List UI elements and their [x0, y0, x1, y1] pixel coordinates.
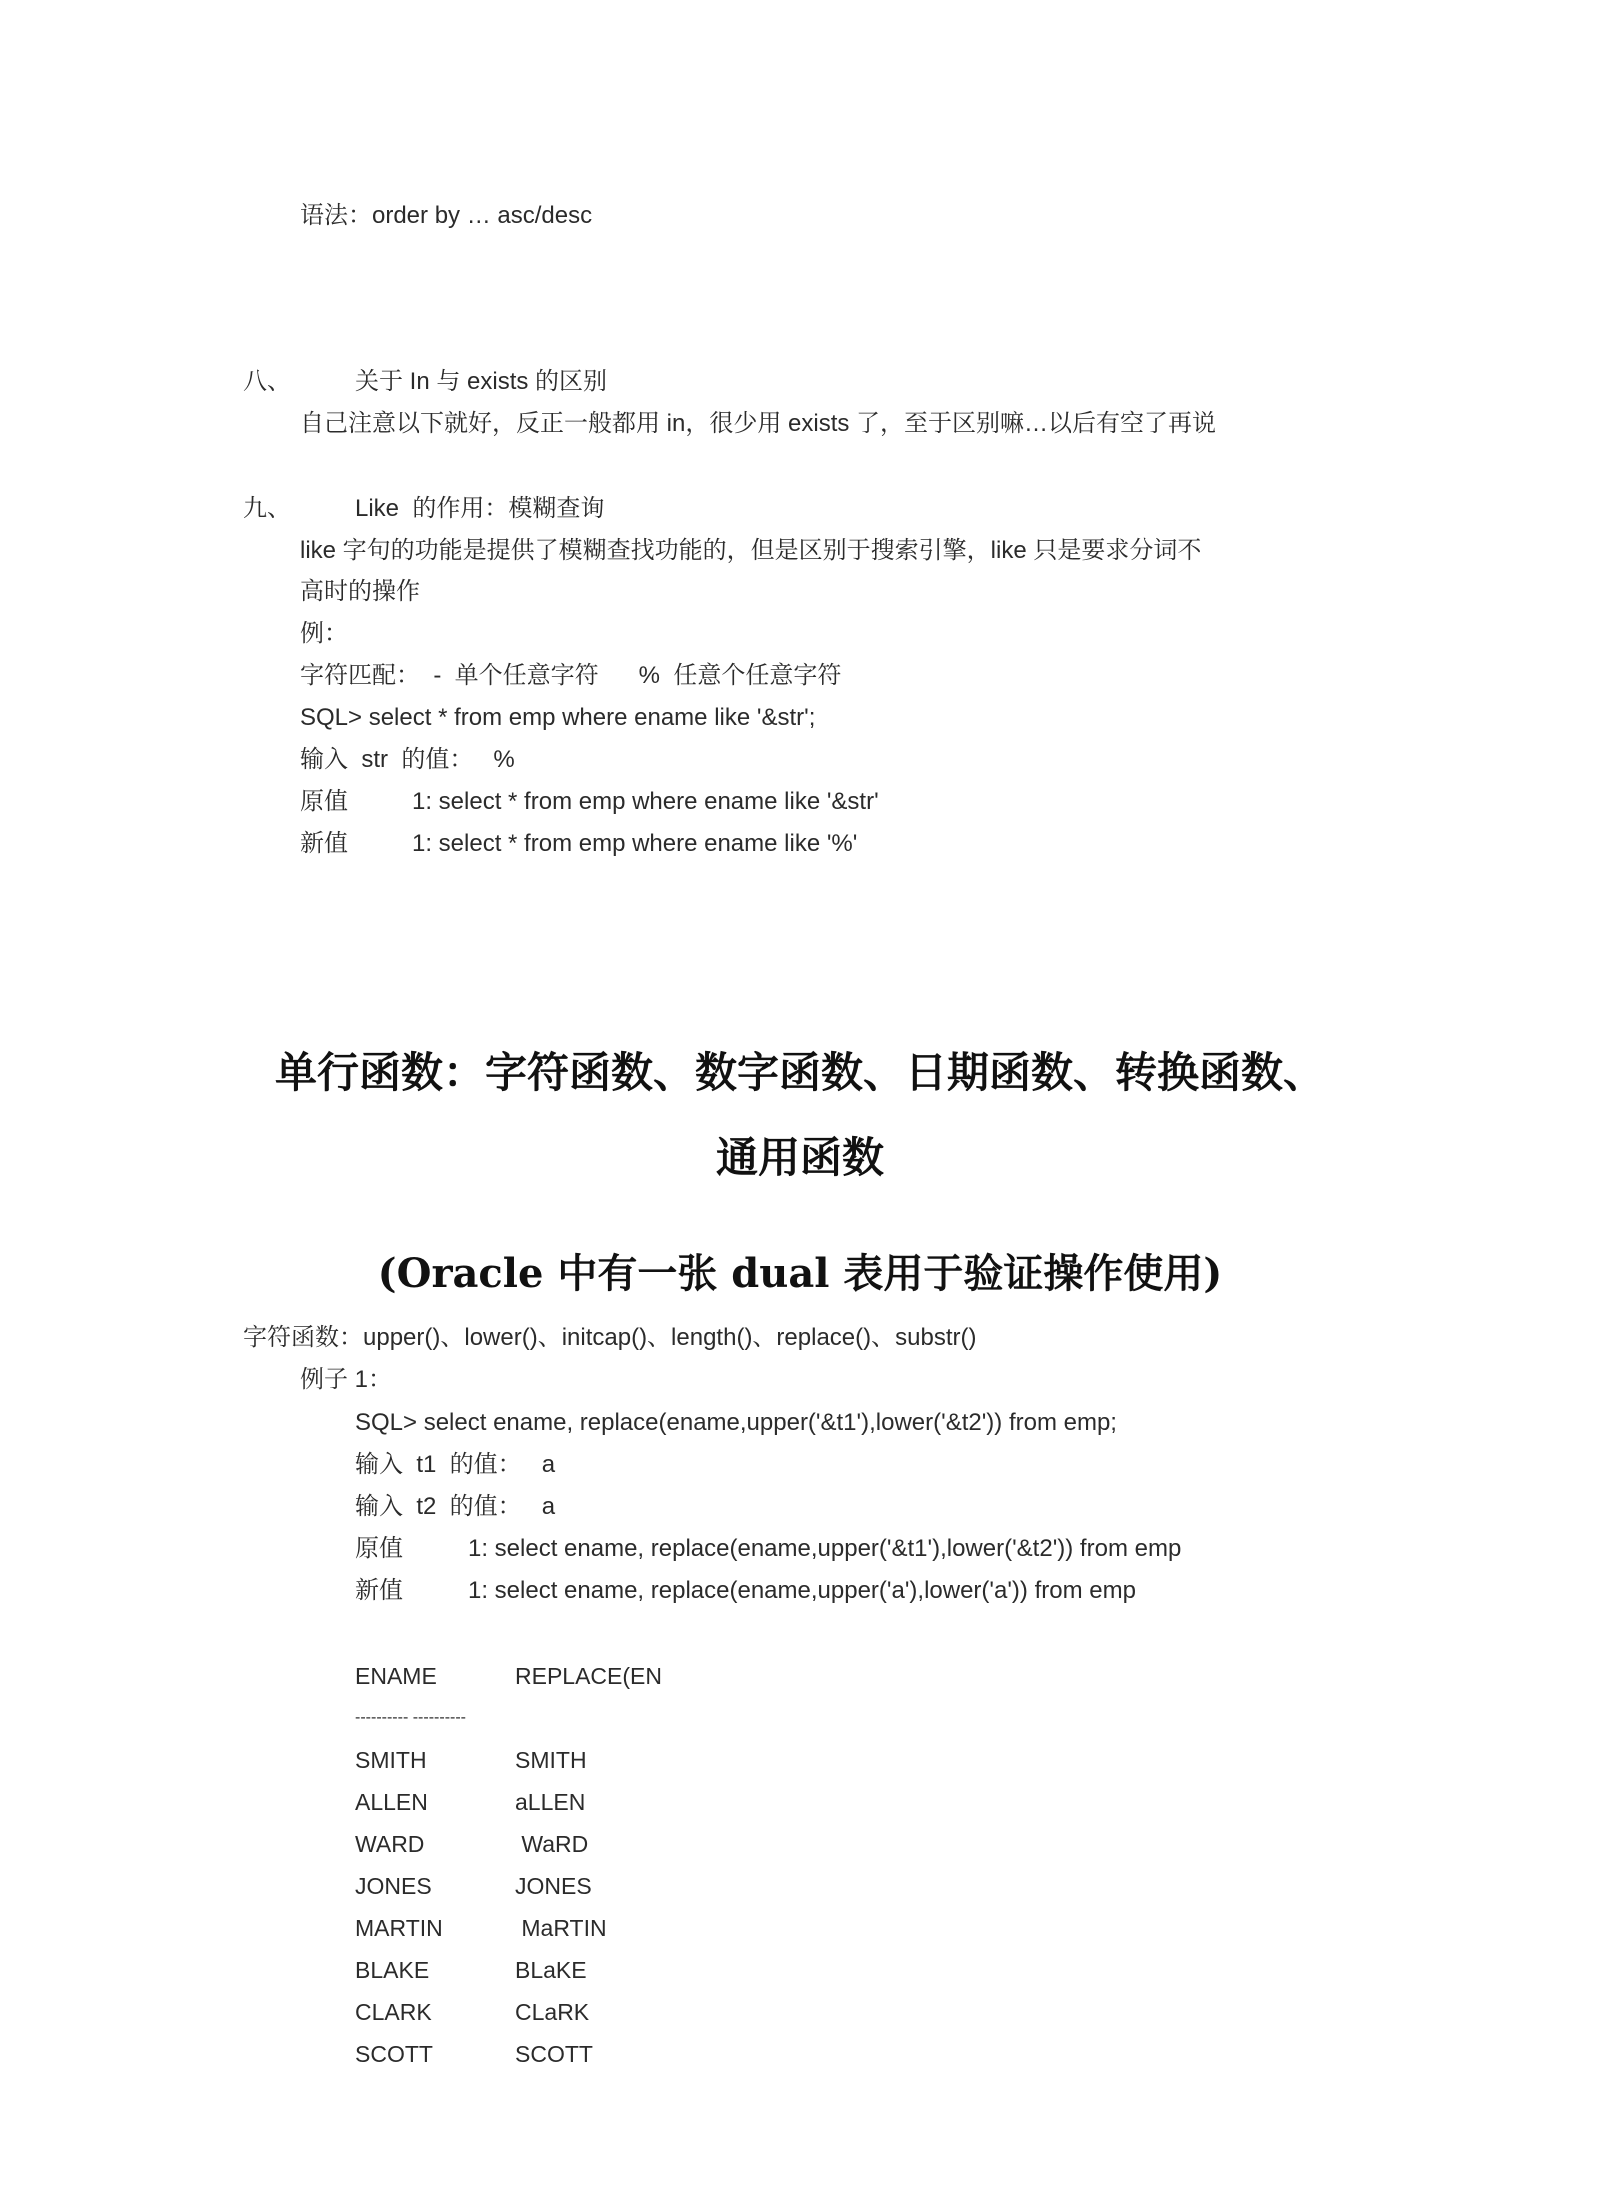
table-header-row: ENAME REPLACE(EN: [355, 1655, 715, 1697]
table-row: JONES JONES: [355, 1865, 715, 1907]
new-value: 1: select * from emp where ename like '%…: [412, 828, 857, 860]
new-value: 1: select ename, replace(ename,upper('a'…: [468, 1575, 1136, 1607]
char-functions-intro: 字符函数：upper()、lower()、initcap()、length()、…: [243, 1322, 976, 1354]
cell-ename: ALLEN: [355, 1781, 515, 1823]
cell-ename: BLAKE: [355, 1949, 515, 1991]
cell-ename: WARD: [355, 1823, 515, 1865]
table-row: SCOTT SCOTT: [355, 2033, 715, 2075]
old-value: 1: select ename, replace(ename,upper('&t…: [468, 1533, 1181, 1565]
cell-replace: SCOTT: [515, 2033, 715, 2075]
cell-replace: MaRTIN: [515, 1907, 715, 1949]
input-prompt-t2: 输入 t2 的值： a: [355, 1491, 555, 1523]
result-table: ENAME REPLACE(EN ---------- ---------- S…: [355, 1655, 715, 2075]
column-header: REPLACE(EN: [515, 1655, 715, 1697]
separator-dashes: ---------- ----------: [355, 1697, 466, 1739]
cell-ename: SMITH: [355, 1739, 515, 1781]
page-heading-line-2: 通用函数: [0, 1125, 1600, 1185]
syntax-line: 语法：order by … asc/desc: [300, 200, 592, 232]
table-row: ALLEN aLLEN: [355, 1781, 715, 1823]
section-title: 关于 In 与 exists 的区别: [355, 366, 607, 398]
table-row: BLAKE BLaKE: [355, 1949, 715, 1991]
table-row: CLARK CLaRK: [355, 1991, 715, 2033]
table-row: WARD WaRD: [355, 1823, 715, 1865]
new-value-label: 新值: [300, 828, 348, 860]
section-number: 九、: [243, 493, 291, 525]
cell-ename: JONES: [355, 1865, 515, 1907]
cell-replace: aLLEN: [515, 1781, 715, 1823]
table-separator: ---------- ----------: [355, 1697, 715, 1739]
section-body-line-1: like 字句的功能是提供了模糊查找功能的，但是区别于搜索引擎，like 只是要…: [300, 535, 1201, 567]
cell-replace: BLaKE: [515, 1949, 715, 1991]
table-row: MARTIN MaRTIN: [355, 1907, 715, 1949]
wildcard-description: 字符匹配： - 单个任意字符 % 任意个任意字符: [300, 660, 841, 692]
cell-replace: CLaRK: [515, 1991, 715, 2033]
old-value: 1: select * from emp where ename like '&…: [412, 786, 879, 818]
cell-ename: CLARK: [355, 1991, 515, 2033]
section-number: 八、: [243, 366, 291, 398]
column-header: ENAME: [355, 1655, 515, 1697]
sql-statement: SQL> select * from emp where ename like …: [300, 702, 815, 734]
section-body-line-2: 高时的操作: [300, 576, 420, 608]
page-heading-line-1: 单行函数：字符函数、数字函数、日期函数、转换函数、: [0, 1040, 1600, 1100]
cell-replace: SMITH: [515, 1739, 715, 1781]
example-label: 例：: [300, 618, 348, 650]
sql-statement: SQL> select ename, replace(ename,upper('…: [355, 1407, 1117, 1439]
new-value-label: 新值: [355, 1575, 403, 1607]
example-label: 例子 1：: [300, 1364, 392, 1396]
cell-replace: JONES: [515, 1865, 715, 1907]
cell-replace: WaRD: [515, 1823, 715, 1865]
section-title: Like 的作用：模糊查询: [355, 493, 604, 525]
table-row: SMITH SMITH: [355, 1739, 715, 1781]
old-value-label: 原值: [355, 1533, 403, 1565]
cell-ename: SCOTT: [355, 2033, 515, 2075]
page-subheading: (Oracle 中有一张 dual 表用于验证操作使用): [0, 1242, 1600, 1299]
old-value-label: 原值: [300, 786, 348, 818]
input-prompt-t1: 输入 t1 的值： a: [355, 1449, 555, 1481]
cell-ename: MARTIN: [355, 1907, 515, 1949]
input-prompt: 输入 str 的值： %: [300, 744, 515, 776]
section-body: 自己注意以下就好，反正一般都用 in，很少用 exists 了，至于区别嘛…以后…: [300, 408, 1216, 440]
